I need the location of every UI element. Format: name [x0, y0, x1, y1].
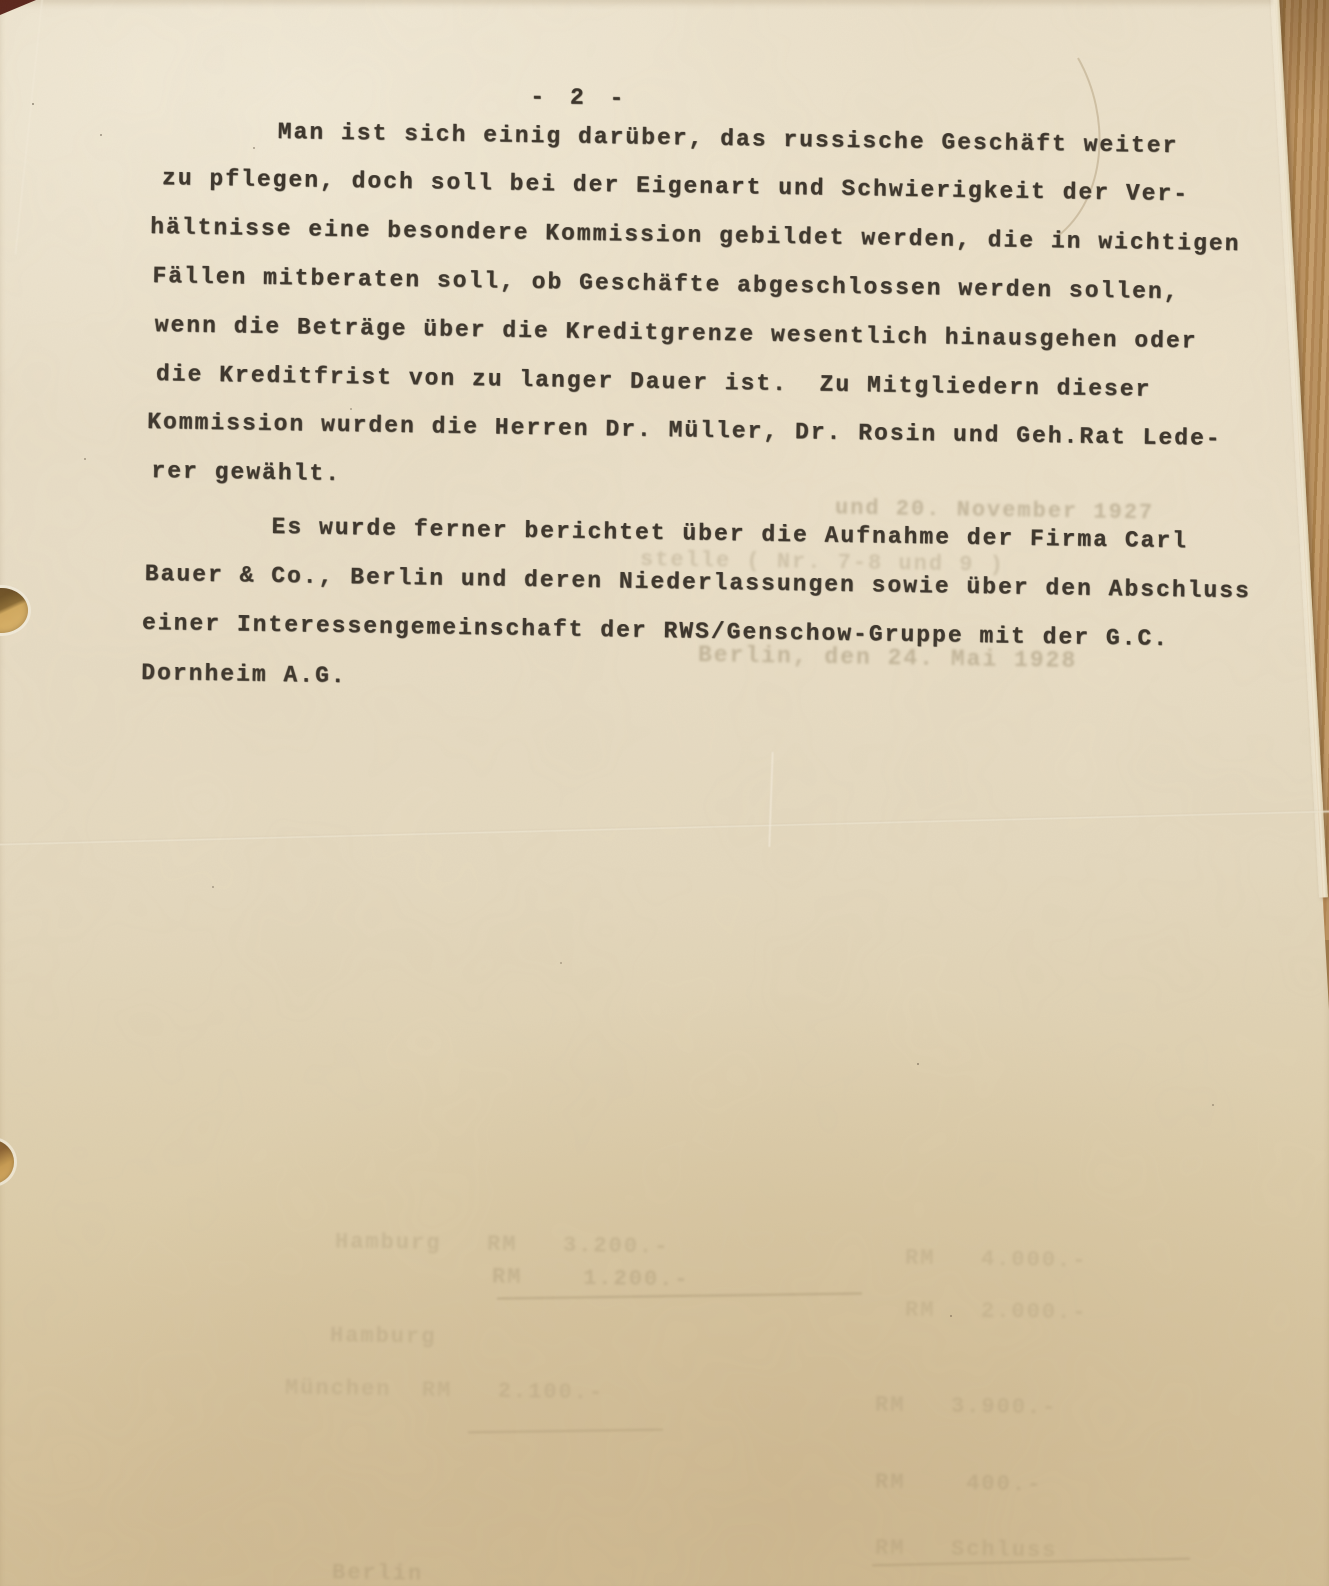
ghost-text: Hamburg [330, 1323, 437, 1350]
ghost-text: München RM 2.100.- [285, 1375, 605, 1405]
document-line: rer gewählt. [151, 458, 341, 487]
ghost-text: RM Schluss [875, 1536, 1058, 1564]
ghost-text: RM 4.000.- [905, 1246, 1088, 1274]
document-line: Es wurde ferner berichtet über die Aufna… [271, 514, 1188, 554]
document-line: wenn die Beträge über die Kreditgrenze w… [155, 312, 1198, 354]
ghost-text: RM 2.000.- [905, 1298, 1088, 1326]
document-line: die Kreditfrist von zu langer Dauer ist.… [156, 361, 1152, 403]
ghost-text: RM 3.900.- [875, 1393, 1058, 1421]
document-line: Bauer & Co., Berlin und deren Niederlass… [145, 561, 1251, 604]
ghost-text: Berlin [332, 1560, 424, 1586]
ink-speckles [32, 103, 34, 105]
typed-text-block: - 2 - Man ist sich einig darüber, das ru… [140, 117, 1329, 775]
document-line: Kommission wurden die Herren Dr. Müller,… [147, 409, 1222, 452]
document-line: Fällen mitberaten soll, ob Geschäfte abg… [152, 263, 1179, 305]
document-line: einer Interessengemeinschaft der RWS/Gen… [142, 610, 1169, 652]
ghost-text: RM 1.200.- [492, 1264, 690, 1292]
ghost-text: Hamburg RM 3.200.- [335, 1229, 670, 1259]
page-number: - 2 - [530, 84, 629, 112]
document-line: hältnisse eine besondere Kommission gebi… [150, 214, 1241, 257]
document-line: Dornheim A.G. [141, 660, 347, 689]
document-line: zu pflegen, doch soll bei der Eigenart u… [162, 165, 1189, 207]
ghost-text: RM 400.- [875, 1470, 1043, 1498]
scanned-document: und 20. November 1927 stelle ( Nr. 7-8 u… [0, 0, 1329, 1586]
